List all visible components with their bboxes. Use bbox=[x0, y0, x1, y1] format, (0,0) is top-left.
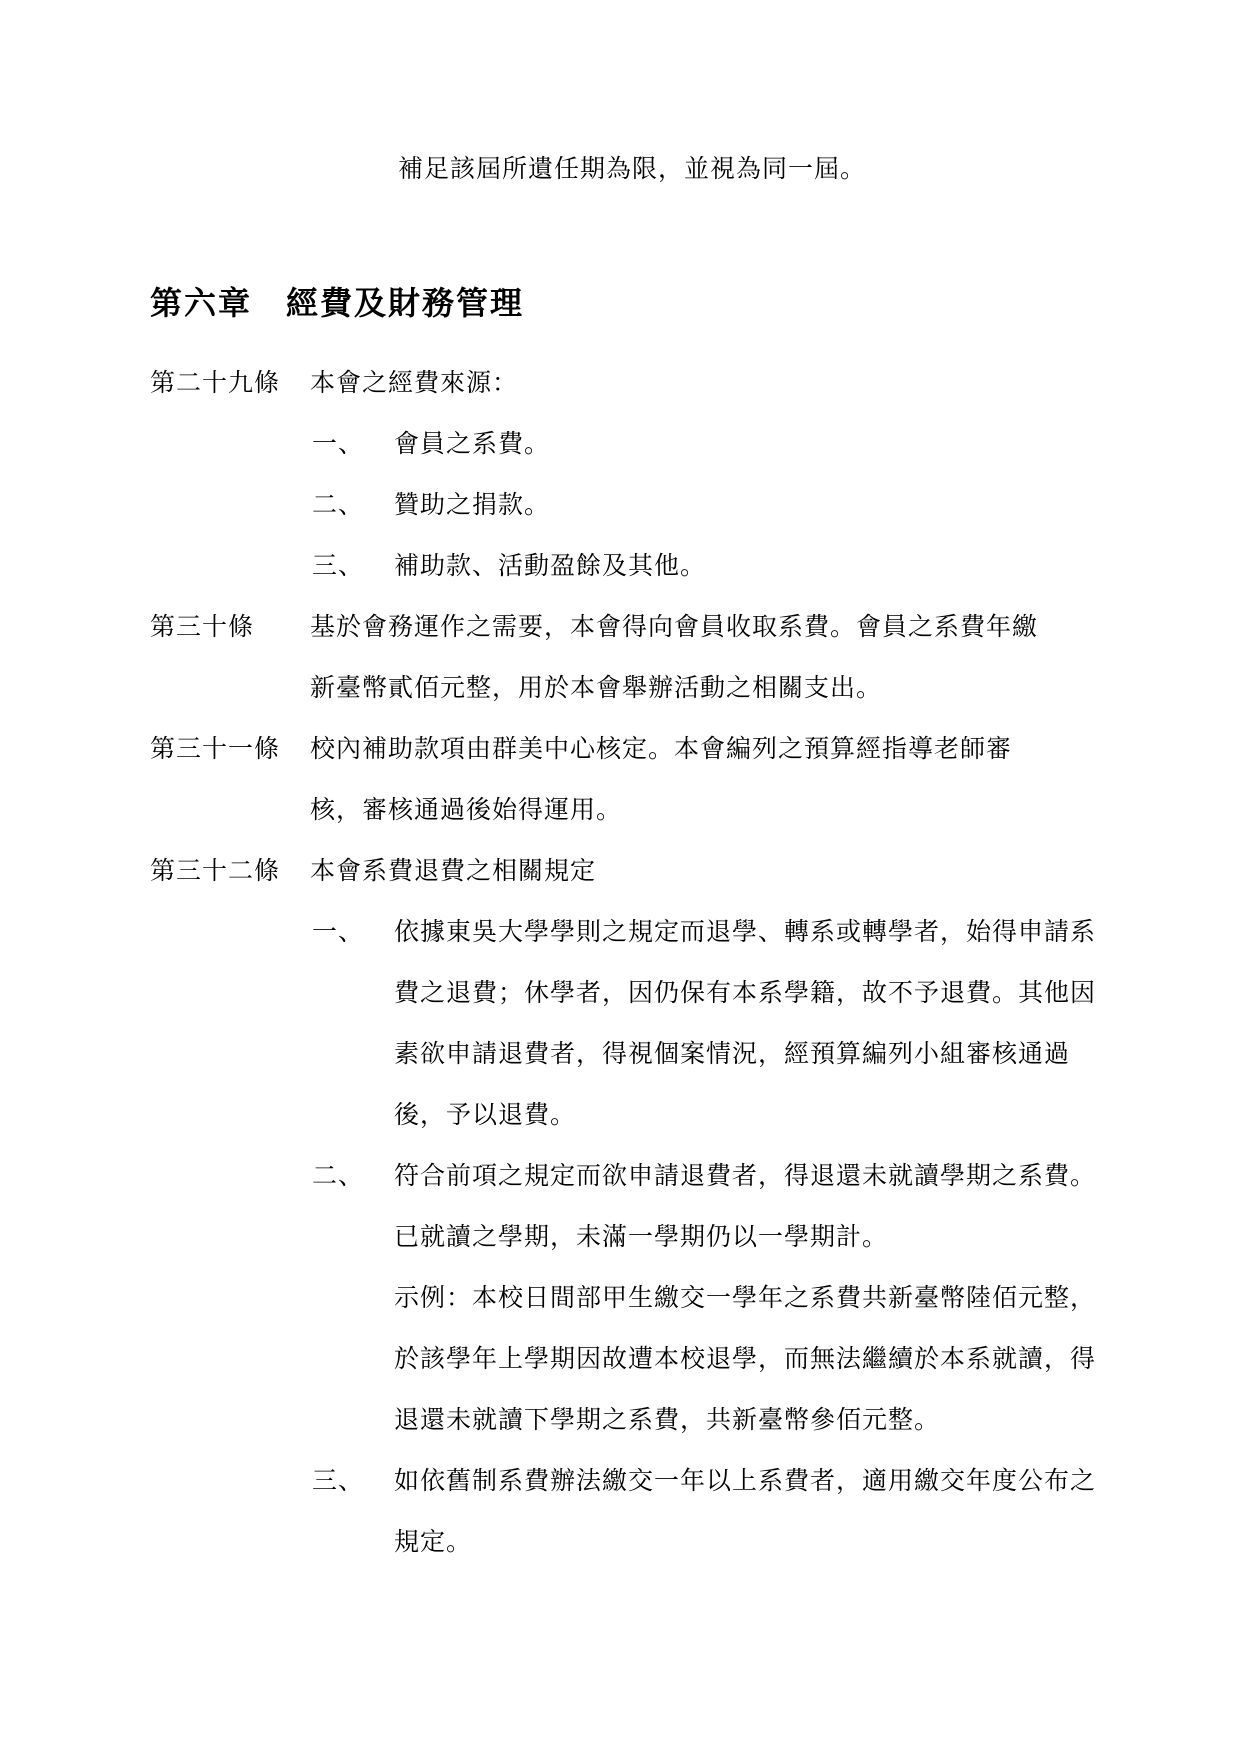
article-label: 第三十二條 bbox=[150, 856, 280, 888]
list-item-text: 於該學年上學期因故遭本校退學，而無法繼續於本系就讀，得 bbox=[394, 1344, 1096, 1376]
list-item-text: 贊助之捐款。 bbox=[394, 490, 550, 522]
list-item-number: 一、 bbox=[312, 917, 364, 949]
article-label: 第三十條 bbox=[150, 612, 254, 644]
list-item-text: 如依舊制系費辦法繳交一年以上系費者，適用繳交年度公布之 bbox=[394, 1466, 1096, 1498]
chapter-heading: 第六章 經費及財務管理 bbox=[150, 284, 524, 322]
article-text-line: 核，審核通過後始得運用。 bbox=[310, 795, 622, 827]
list-item-text: 補助款、活動盈餘及其他。 bbox=[394, 551, 706, 583]
list-item-number: 二、 bbox=[312, 1161, 364, 1193]
list-item-number: 三、 bbox=[312, 551, 364, 583]
list-item-text: 費之退費；休學者，因仍保有本系學籍，故不予退費。其他因 bbox=[394, 978, 1096, 1010]
article-text-line: 基於會務運作之需要，本會得向會員收取系費。會員之系費年繳 bbox=[310, 612, 1038, 644]
list-item-text: 退還未就讀下學期之系費，共新臺幣參佰元整。 bbox=[394, 1405, 940, 1437]
list-item-text: 依據東吳大學學則之規定而退學、轉系或轉學者，始得申請系 bbox=[394, 917, 1096, 949]
list-item-text: 符合前項之規定而欲申請退費者，得退還未就讀學期之系費。 bbox=[394, 1161, 1096, 1193]
intro-line: 補足該屆所遺任期為限，並視為同一屆。 bbox=[398, 154, 866, 186]
list-item-text: 素欲申請退費者，得視個案情況，經預算編列小組審核通過 bbox=[394, 1039, 1070, 1071]
article-text-line: 校內補助款項由群美中心核定。本會編列之預算經指導老師審 bbox=[310, 734, 1012, 766]
document-page: 補足該屆所遺任期為限，並視為同一屆。第六章 經費及財務管理第二十九條本會之經費來… bbox=[0, 0, 1241, 1755]
article-text-line: 本會之經費來源： bbox=[310, 368, 518, 400]
article-label: 第三十一條 bbox=[150, 734, 280, 766]
list-item-number: 三、 bbox=[312, 1466, 364, 1498]
article-text-line: 本會系費退費之相關規定 bbox=[310, 856, 596, 888]
list-item-number: 一、 bbox=[312, 429, 364, 461]
list-item-text: 示例：本校日間部甲生繳交一學年之系費共新臺幣陸佰元整， bbox=[394, 1283, 1096, 1315]
list-item-number: 二、 bbox=[312, 490, 364, 522]
list-item-text: 規定。 bbox=[394, 1527, 472, 1559]
list-item-text: 後，予以退費。 bbox=[394, 1100, 576, 1132]
list-item-text: 會員之系費。 bbox=[394, 429, 550, 461]
article-text-line: 新臺幣貳佰元整，用於本會舉辦活動之相關支出。 bbox=[310, 673, 882, 705]
article-label: 第二十九條 bbox=[150, 368, 280, 400]
list-item-text: 已就讀之學期，未滿一學期仍以一學期計。 bbox=[394, 1222, 888, 1254]
